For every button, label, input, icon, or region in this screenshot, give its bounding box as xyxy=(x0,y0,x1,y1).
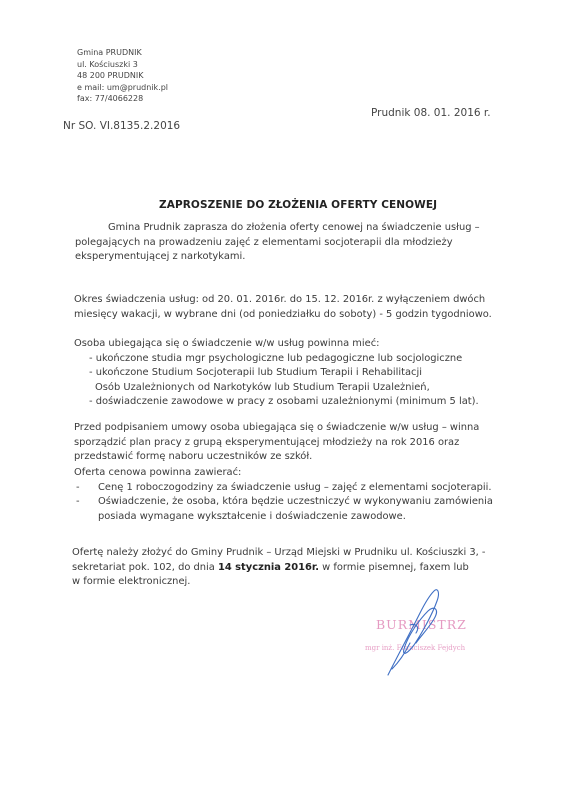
submission-line: sekretariat pok. 102, do dnia 14 styczni… xyxy=(72,561,486,576)
offer-item-continuation: posiada wymagane wykształcenie i doświad… xyxy=(74,510,493,525)
submission-line: Ofertę należy złożyć do Gminy Prudnik – … xyxy=(72,546,486,561)
reference-number: Nr SO. VI.8135.2.2016 xyxy=(63,120,180,132)
plan-line: Przed podpisaniem umowy osoba ubiegająca… xyxy=(74,421,479,436)
bullet-dash: - xyxy=(74,481,98,496)
offer-item-text: Oświadczenie, że osoba, która będzie ucz… xyxy=(98,495,493,510)
offer-item: - Cenę 1 roboczogodziny za świadczenie u… xyxy=(74,481,493,496)
plan-paragraph: Przed podpisaniem umowy osoba ubiegająca… xyxy=(74,421,479,465)
requirement-item: - ukończone studia mgr psychologiczne lu… xyxy=(74,352,479,367)
requirement-item: - doświadczenie zawodowe w pracy z osoba… xyxy=(74,395,479,410)
place-date: Prudnik 08. 01. 2016 r. xyxy=(371,107,491,119)
sender-line: e mail: um@prudnik.pl xyxy=(77,82,168,94)
intro-paragraph: Gmina Prudnik zaprasza do złożenia ofert… xyxy=(75,221,480,265)
plan-line: przedstawić formę naboru uczestników ze … xyxy=(74,450,479,465)
plan-line: sporządzić plan pracy z grupą eksperymen… xyxy=(74,436,479,451)
intro-line: eksperymentującej z narkotykami. xyxy=(75,250,480,265)
deadline-date: 14 stycznia 2016r. xyxy=(218,562,319,573)
sender-line: 48 200 PRUDNIK xyxy=(77,70,168,82)
requirement-item-continuation: Osób Uzależnionych od Narkotyków lub Stu… xyxy=(74,381,479,396)
offer-heading: Oferta cenowa powinna zawierać: xyxy=(74,466,493,481)
requirement-item: - ukończone Studium Socjoterapii lub Stu… xyxy=(74,366,479,381)
period-paragraph: Okres świadczenia usług: od 20. 01. 2016… xyxy=(74,293,492,322)
offer-item-text: Cenę 1 roboczogodziny za świadczenie usł… xyxy=(98,481,492,496)
submission-paragraph: Ofertę należy złożyć do Gminy Prudnik – … xyxy=(72,546,486,590)
submission-text: w formie pisemnej, faxem lub xyxy=(319,562,469,573)
bullet-dash: - xyxy=(74,495,98,510)
sender-line: Gmina PRUDNIK xyxy=(77,47,168,59)
sender-address: Gmina PRUDNIK ul. Kościuszki 3 48 200 PR… xyxy=(77,47,168,105)
period-line: Okres świadczenia usług: od 20. 01. 2016… xyxy=(74,293,492,308)
sender-line: ul. Kościuszki 3 xyxy=(77,59,168,71)
period-line: miesięcy wakacji, w wybrane dni (od poni… xyxy=(74,308,492,323)
signature-icon xyxy=(380,585,450,680)
sender-line: fax: 77/4066228 xyxy=(77,93,168,105)
offer-item: - Oświadczenie, że osoba, która będzie u… xyxy=(74,495,493,510)
requirements-heading: Osoba ubiegająca się o świadczenie w/w u… xyxy=(74,337,479,352)
intro-line: polegających na prowadzeniu zajęć z elem… xyxy=(75,236,480,251)
offer-section: Oferta cenowa powinna zawierać: - Cenę 1… xyxy=(74,466,493,524)
submission-text: sekretariat pok. 102, do dnia xyxy=(72,562,218,573)
requirements-section: Osoba ubiegająca się o świadczenie w/w u… xyxy=(74,337,479,410)
document-title: ZAPROSZENIE DO ZŁOŻENIA OFERTY CENOWEJ xyxy=(159,199,437,211)
intro-line: Gmina Prudnik zaprasza do złożenia ofert… xyxy=(75,221,480,236)
